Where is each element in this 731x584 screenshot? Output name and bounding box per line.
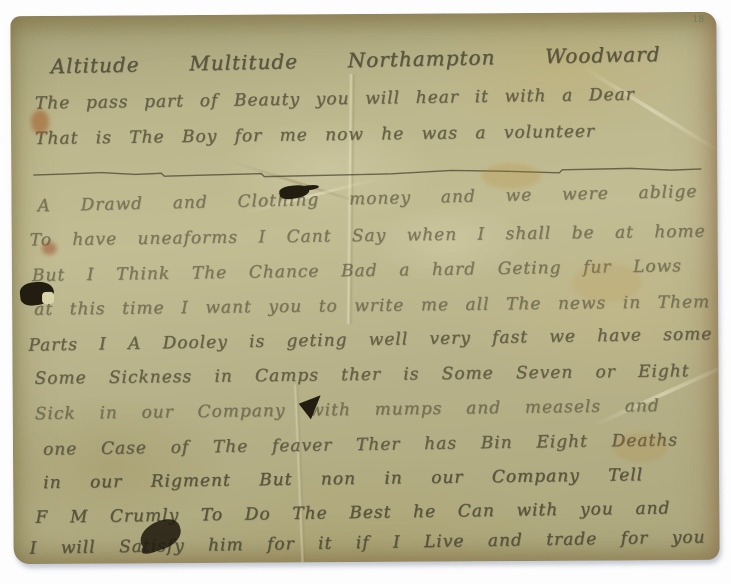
handwriting-line: Some Sickness in Camps ther is Some Seve… <box>34 362 689 388</box>
foxing-stain <box>613 432 668 462</box>
handwriting-line: F M Crumly To Do The Best he Can with yo… <box>35 499 670 527</box>
handwriting-line: Sick in our Company with mumps and mease… <box>35 397 660 424</box>
scanned-letter-page: { "letter": { "page_mark": "18", "header… <box>0 0 731 584</box>
hand-drawn-divider-line <box>31 162 703 182</box>
rust-stain <box>31 110 49 134</box>
handwriting-line: one Case of The feaver Ther has Bin Eigh… <box>43 431 678 459</box>
header-word: Northampton <box>347 45 495 72</box>
handwriting-line: A Drawd and Clothing money and we were a… <box>37 183 697 216</box>
header-word: Altitude <box>50 52 139 78</box>
header-word: Woodward <box>545 42 661 68</box>
letter-paper: 18 Altitude Multitude Northampton Woodwa… <box>10 12 719 564</box>
header-word: Multitude <box>189 49 298 75</box>
paper-hole-highlight <box>42 292 54 304</box>
handwriting-line: To have uneaforms I Cant Say when I shal… <box>30 223 706 251</box>
handwriting-line: I will Satisfy him for it if I Live and … <box>29 528 705 558</box>
rust-stain <box>42 242 57 255</box>
handwriting-header-row: Altitude Multitude Northampton Woodward <box>50 42 660 78</box>
handwriting-line: The pass part of Beauty you will hear it… <box>35 86 635 114</box>
fold-crease <box>582 66 720 153</box>
handwriting-line: Parts I A Dooley is geting well very fas… <box>28 325 712 355</box>
handwriting-line: That is The Boy for me now he was a volu… <box>35 123 595 149</box>
foxing-stain <box>572 262 642 302</box>
page-number-mark: 18 <box>688 16 708 25</box>
handwriting-line: in our Rigment But non in our Company Te… <box>43 466 643 493</box>
